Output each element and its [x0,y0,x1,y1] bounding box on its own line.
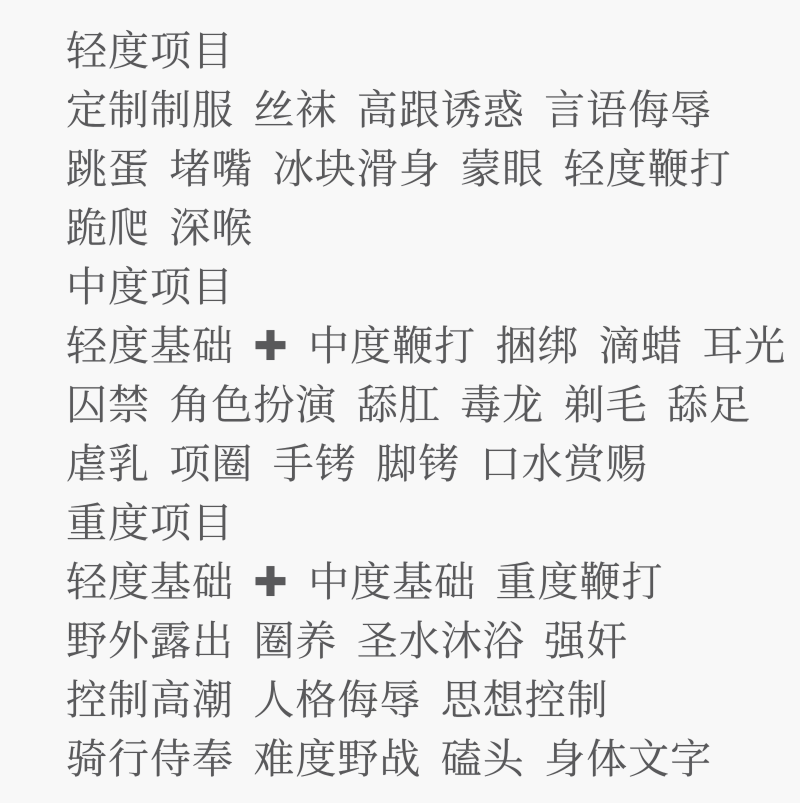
list-line: 轻度基础 ✚ 中度基础 重度鞭打 [66,553,780,612]
list-line: 控制高潮 人格侮辱 思想控制 [66,671,780,730]
list-line: 轻度基础 ✚ 中度鞭打 捆绑 滴蜡 耳光 [66,317,780,376]
text-page: 轻度项目 定制制服 丝袜 高跟诱惑 言语侮辱 跳蛋 堵嘴 冰块滑身 蒙眼 轻度鞭… [0,0,800,803]
list-line: 跪爬 深喉 [66,199,780,258]
section-title-medium: 中度项目 [66,258,780,317]
section-title-light: 轻度项目 [66,22,780,81]
list-line: 野外露出 圈养 圣水沐浴 强奸 [66,612,780,671]
list-line: 骑行侍奉 难度野战 磕头 身体文字 [66,730,780,789]
list-line: 跳蛋 堵嘴 冰块滑身 蒙眼 轻度鞭打 [66,140,780,199]
list-line: 虐乳 项圈 手铐 脚铐 口水赏赐 [66,435,780,494]
list-line: 定制制服 丝袜 高跟诱惑 言语侮辱 [66,81,780,140]
list-line: 囚禁 角色扮演 舔肛 毒龙 剃毛 舔足 [66,376,780,435]
section-title-heavy: 重度项目 [66,494,780,553]
